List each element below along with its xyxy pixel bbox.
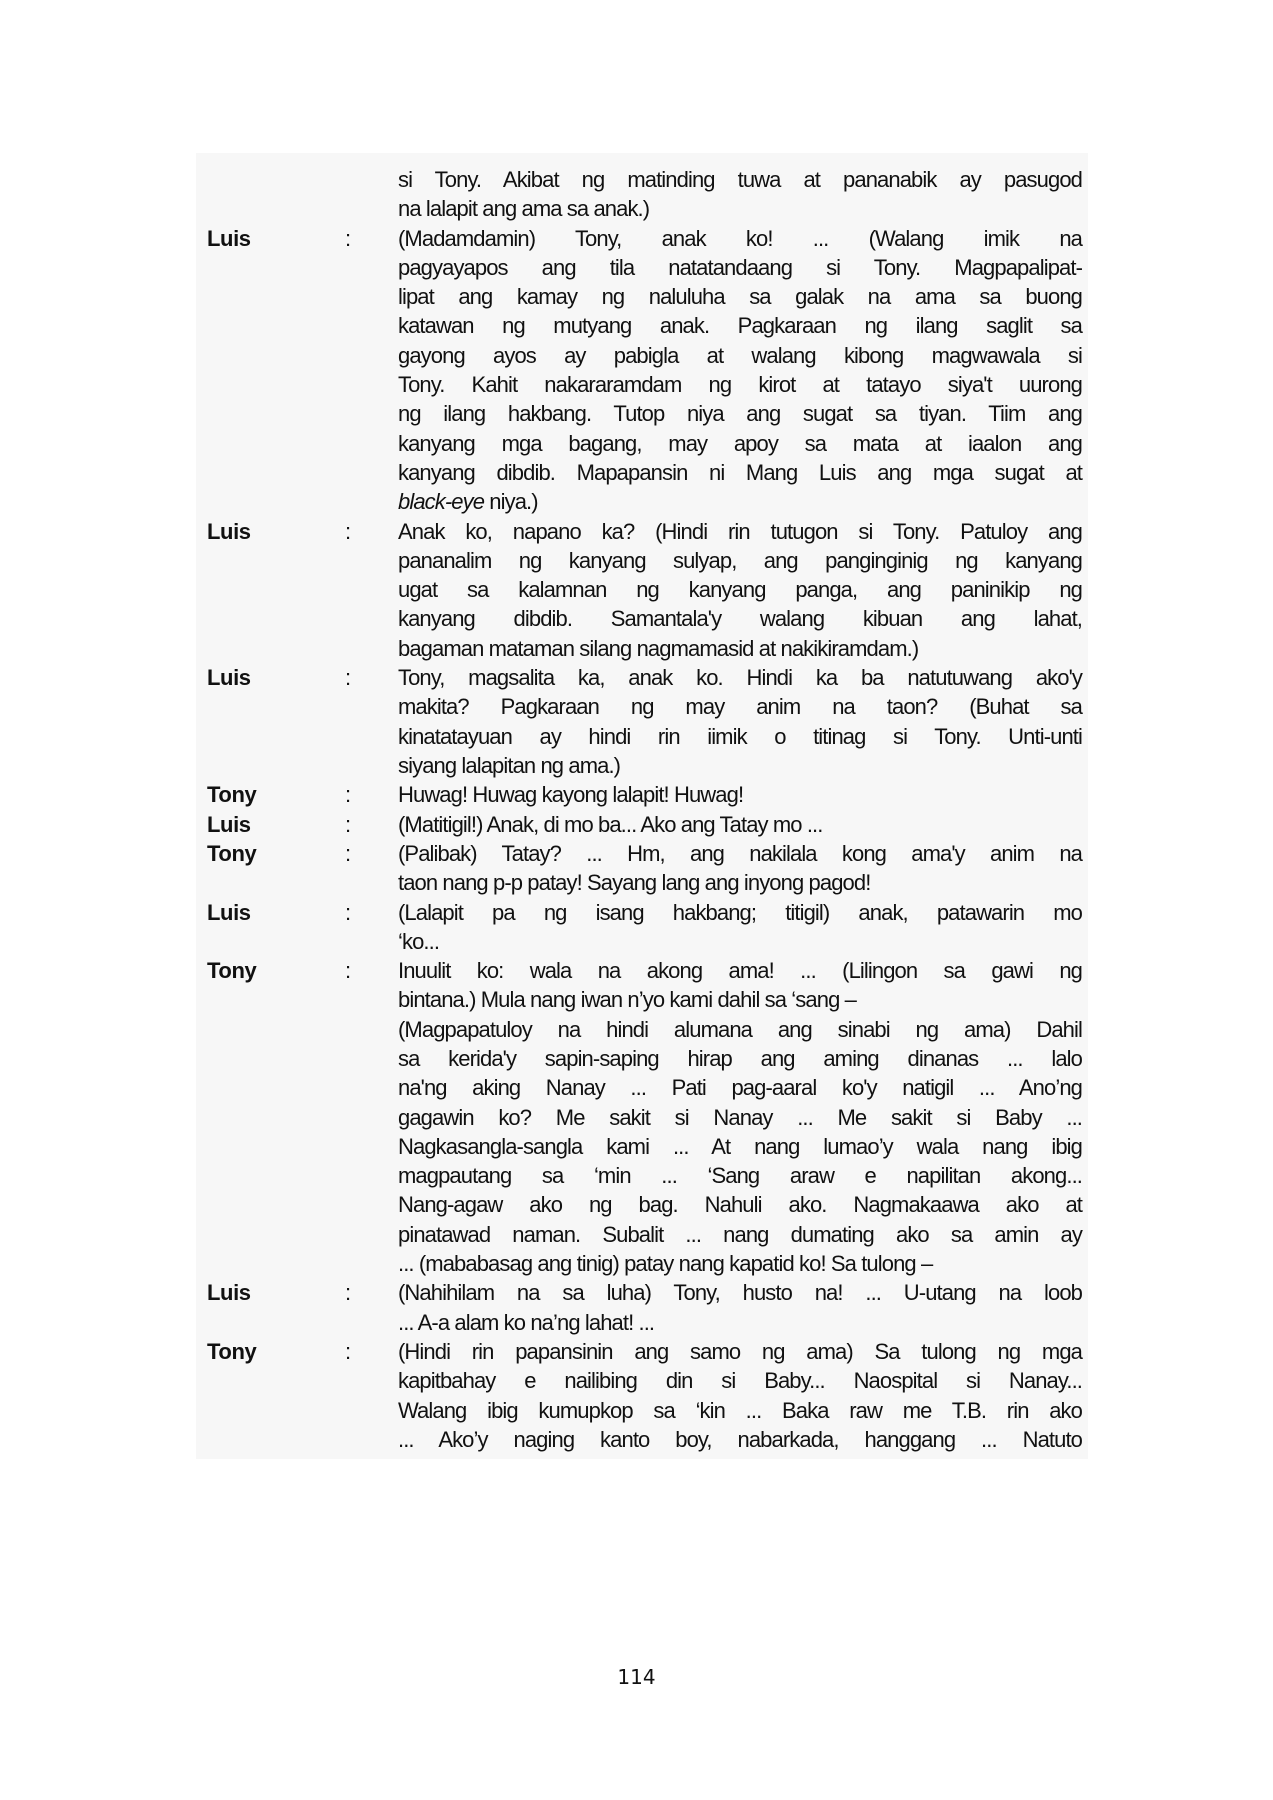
dialogue-line: gayong ayos ay pabigla at walang kibong … — [398, 341, 1082, 370]
speaker-colon: : — [345, 663, 351, 692]
dialogue-line: pagyayapos ang tila natatandaang si Tony… — [398, 253, 1082, 282]
dialogue-line: taon nang p-p patay! Sayang lang ang iny… — [398, 868, 1082, 897]
speaker-colon: : — [345, 780, 351, 809]
speaker-name: Luis — [207, 663, 251, 692]
speaker-colon: : — [345, 898, 351, 927]
speaker-colon: : — [345, 1278, 351, 1307]
dialogue-line: Tony, magsalita ka, anak ko. Hindi ka ba… — [398, 663, 1082, 692]
dialogue-line: gagawin ko? Me sakit si Nanay ... Me sak… — [398, 1103, 1082, 1132]
dialogue-line: (Magpapatuloy na hindi alumana ang sinab… — [398, 1015, 1082, 1044]
dialogue-line: si Tony. Akibat ng matinding tuwa at pan… — [398, 165, 1082, 194]
speaker-colon: : — [345, 956, 351, 985]
dialogue-line: kanyang dibdib. Mapapansin ni Mang Luis … — [398, 458, 1082, 487]
speaker-name: Luis — [207, 224, 251, 253]
dialogue-line: katawan ng mutyang anak. Pagkaraan ng il… — [398, 311, 1082, 340]
speaker-colon: : — [345, 810, 351, 839]
dialogue-line: (Madamdamin) Tony, anak ko! ... (Walang … — [398, 224, 1082, 253]
dialogue-line: ‘ko... — [398, 927, 1082, 956]
dialogue-line: ... (mababasag ang tinig) patay nang kap… — [398, 1249, 1082, 1278]
dialogue-line: (Hindi rin papansinin ang samo ng ama) S… — [398, 1337, 1082, 1366]
speaker-name: Luis — [207, 1278, 251, 1307]
dialogue-line: (Nahihilam na sa luha) Tony, husto na! .… — [398, 1278, 1082, 1307]
speaker-name: Luis — [207, 898, 251, 927]
dialogue-line: kapitbahay e nailibing din si Baby... Na… — [398, 1366, 1082, 1395]
dialogue-line: makita? Pagkaraan ng may anim na taon? (… — [398, 692, 1082, 721]
dialogue-line-rest: niya.) — [484, 489, 538, 514]
speaker-colon: : — [345, 517, 351, 546]
dialogue-line: Huwag! Huwag kayong lalapit! Huwag! — [398, 780, 1082, 809]
dialogue-line: lipat ang kamay ng naluluha sa galak na … — [398, 282, 1082, 311]
dialogue-line: Nagkasangla-sangla kami ... At nang luma… — [398, 1132, 1082, 1161]
speaker-name: Luis — [207, 810, 251, 839]
dialogue-line: (Matitigil!) Anak, di mo ba... Ako ang T… — [398, 810, 1082, 839]
dialogue-line: siyang lalapitan ng ama.) — [398, 751, 1082, 780]
dialogue-line: Inuulit ko: wala na akong ama! ... (Lili… — [398, 956, 1082, 985]
dialogue-line: ... Ako’y naging kanto boy, nabarkada, h… — [398, 1425, 1082, 1454]
dialogue-line: kanyang mga bagang, may apoy sa mata at … — [398, 429, 1082, 458]
dialogue-line: kinatatayuan ay hindi rin iimik o titina… — [398, 722, 1082, 751]
dialogue-line: kanyang dibdib. Samantala'y walang kibua… — [398, 604, 1082, 633]
dialogue-line: ng ilang hakbang. Tutop niya ang sugat s… — [398, 399, 1082, 428]
dialogue-line: Nang-agaw ako ng bag. Nahuli ako. Nagmak… — [398, 1190, 1082, 1219]
dialogue-line: bagaman mataman silang nagmamasid at nak… — [398, 634, 1082, 663]
dialogue-line: black-eye niya.) — [398, 487, 1082, 516]
dialogue-line: pananalim ng kanyang sulyap, ang panging… — [398, 546, 1082, 575]
dialogue-line: sa kerida'y sapin-saping hirap ang aming… — [398, 1044, 1082, 1073]
dialogue-line: Walang ibig kumupkop sa ‘kin ... Baka ra… — [398, 1396, 1082, 1425]
dialogue-line: na lalapit ang ama sa anak.) — [398, 194, 1082, 223]
speaker-name: Luis — [207, 517, 251, 546]
page-number: 114 — [0, 1665, 1273, 1689]
dialogue-line: pinatawad naman. Subalit ... nang dumati… — [398, 1220, 1082, 1249]
dialogue-line: (Lalapit pa ng isang hakbang; titigil) a… — [398, 898, 1082, 927]
dialogue-line: Anak ko, napano ka? (Hindi rin tutugon s… — [398, 517, 1082, 546]
dialogue-line: ugat sa kalamnan ng kanyang panga, ang p… — [398, 575, 1082, 604]
speaker-name: Tony — [207, 1337, 256, 1366]
dialogue-line: Tony. Kahit nakararamdam ng kirot at tat… — [398, 370, 1082, 399]
dialogue-line: bintana.) Mula nang iwan n’yo kami dahil… — [398, 985, 1082, 1014]
italic-term: black-eye — [398, 489, 484, 514]
speaker-colon: : — [345, 839, 351, 868]
dialogue-line: (Palibak) Tatay? ... Hm, ang nakilala ko… — [398, 839, 1082, 868]
speaker-colon: : — [345, 1337, 351, 1366]
dialogue-line: magpautang sa ‘min ... ‘Sang araw e napi… — [398, 1161, 1082, 1190]
dialogue-line: ... A-a alam ko na’ng lahat! ... — [398, 1308, 1082, 1337]
speaker-colon: : — [345, 224, 351, 253]
speaker-name: Tony — [207, 839, 256, 868]
dialogue-line: na'ng aking Nanay ... Pati pag-aaral ko'… — [398, 1073, 1082, 1102]
speaker-name: Tony — [207, 780, 256, 809]
script-text-block: si Tony. Akibat ng matinding tuwa at pan… — [196, 153, 1088, 1459]
speaker-name: Tony — [207, 956, 256, 985]
